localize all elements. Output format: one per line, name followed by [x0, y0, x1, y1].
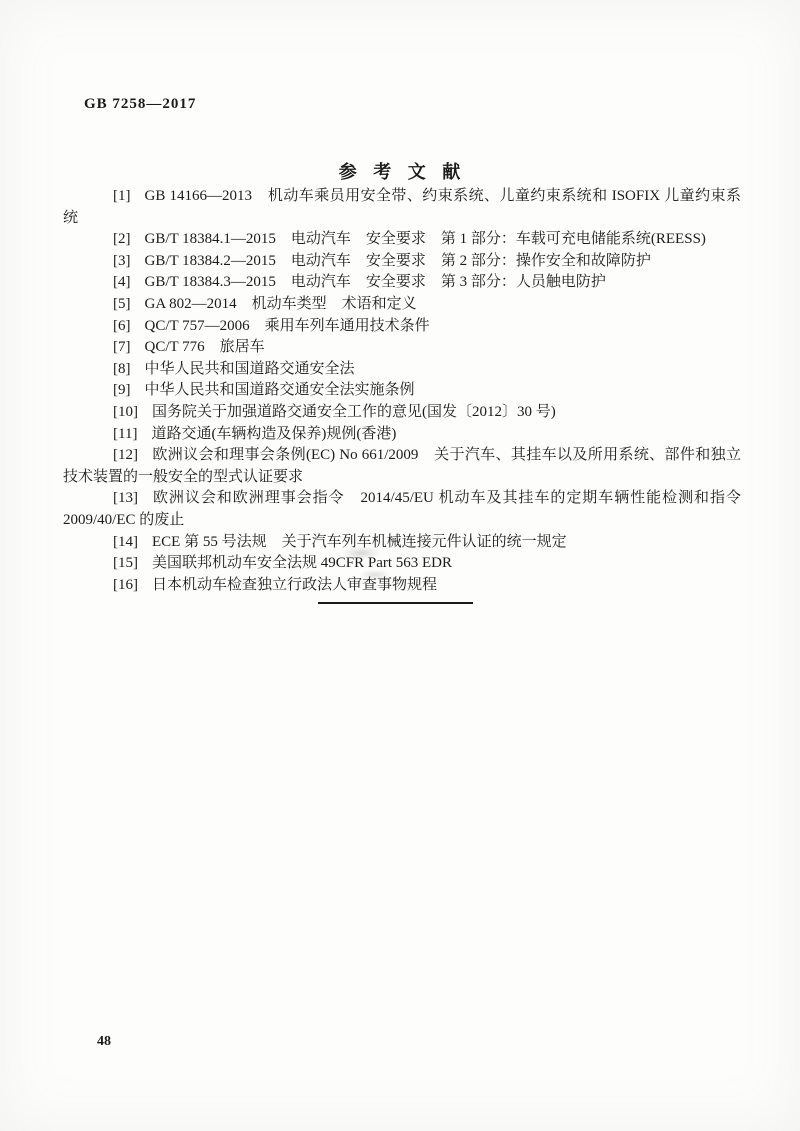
section-title: 参 考 文 献 [0, 158, 800, 184]
reference-item: [5]GA 802—2014 机动车类型 术语和定义 [63, 294, 741, 316]
reference-number: [9] [113, 382, 131, 398]
reference-number: [11] [113, 426, 137, 442]
reference-text: 中华人民共和国道路交通安全法实施条例 [131, 382, 415, 398]
standard-number: GB 7258—2017 [84, 96, 196, 113]
reference-item: [11]道路交通(车辆构造及保养)规例(香港) [63, 424, 741, 446]
reference-item: [1]GB 14166—2013 机动车乘员用安全带、约束系统、儿童约束系统和 … [63, 186, 741, 229]
page-number: 48 [97, 1034, 111, 1050]
reference-number: [4] [113, 274, 131, 290]
reference-number: [5] [113, 296, 131, 312]
reference-number: [12] [113, 447, 138, 463]
reference-number: [6] [113, 318, 131, 334]
reference-text: 日本机动车检查独立行政法人审查事物规程 [138, 577, 437, 593]
reference-text: 美国联邦机动车安全法规 49CFR Part 563 EDR [138, 555, 452, 571]
reference-text: GB/T 18384.2—2015 电动汽车 安全要求 第 2 部分：操作安全和… [131, 253, 651, 269]
reference-number: [1] [113, 188, 131, 204]
reference-number: [3] [113, 253, 131, 269]
reference-item: [10]国务院关于加强道路交通安全工作的意见(国发〔2012〕30 号) [63, 402, 741, 424]
reference-item: [12]欧洲议会和理事会条例(EC) No 661/2009 关于汽车、其挂车以… [63, 445, 741, 488]
reference-list: [1]GB 14166—2013 机动车乘员用安全带、约束系统、儿童约束系统和 … [63, 186, 741, 596]
reference-item: [15]美国联邦机动车安全法规 49CFR Part 563 EDR [63, 553, 741, 575]
reference-number: [15] [113, 555, 138, 571]
reference-text: GB 14166—2013 机动车乘员用安全带、约束系统、儿童约束系统和 ISO… [63, 188, 741, 226]
reference-item: [14]ECE 第 55 号法规 关于汽车列车机械连接元件认证的统一规定 [63, 532, 741, 554]
reference-text: 中华人民共和国道路交通安全法 [131, 361, 355, 377]
reference-item: [13]欧洲议会和欧洲理事会指令 2014/45/EU 机动车及其挂车的定期车辆… [63, 488, 741, 531]
document-page: GB 7258—2017 参 考 文 献 [1]GB 14166—2013 机动… [0, 0, 800, 1131]
reference-number: [7] [113, 339, 131, 355]
reference-item: [6]QC/T 757—2006 乘用车列车通用技术条件 [63, 316, 741, 338]
reference-item: [4]GB/T 18384.3—2015 电动汽车 安全要求 第 3 部分：人员… [63, 272, 741, 294]
reference-text: QC/T 757—2006 乘用车列车通用技术条件 [131, 318, 430, 334]
reference-number: [13] [113, 490, 138, 506]
reference-item: [7]QC/T 776 旅居车 [63, 337, 741, 359]
reference-item: [16]日本机动车检查独立行政法人审查事物规程 [63, 575, 741, 597]
reference-text: ECE 第 55 号法规 关于汽车列车机械连接元件认证的统一规定 [138, 534, 567, 550]
reference-item: [3]GB/T 18384.2—2015 电动汽车 安全要求 第 2 部分：操作… [63, 251, 741, 273]
reference-number: [16] [113, 577, 138, 593]
reference-item: [8]中华人民共和国道路交通安全法 [63, 359, 741, 381]
reference-number: [2] [113, 231, 131, 247]
reference-item: [2]GB/T 18384.1—2015 电动汽车 安全要求 第 1 部分：车载… [63, 229, 741, 251]
reference-text: 欧洲议会和欧洲理事会指令 2014/45/EU 机动车及其挂车的定期车辆性能检测… [63, 490, 741, 528]
reference-text: GA 802—2014 机动车类型 术语和定义 [131, 296, 417, 312]
reference-number: [14] [113, 534, 138, 550]
end-divider [318, 602, 473, 604]
reference-text: GB/T 18384.1—2015 电动汽车 安全要求 第 1 部分：车载可充电… [131, 231, 706, 247]
reference-text: 道路交通(车辆构造及保养)规例(香港) [137, 426, 396, 442]
reference-item: [9]中华人民共和国道路交通安全法实施条例 [63, 380, 741, 402]
reference-number: [8] [113, 361, 131, 377]
reference-text: GB/T 18384.3—2015 电动汽车 安全要求 第 3 部分：人员触电防… [131, 274, 606, 290]
reference-text: QC/T 776 旅居车 [131, 339, 265, 355]
reference-number: [10] [113, 404, 138, 420]
reference-text: 国务院关于加强道路交通安全工作的意见(国发〔2012〕30 号) [138, 404, 556, 420]
reference-text: 欧洲议会和理事会条例(EC) No 661/2009 关于汽车、其挂车以及所用系… [63, 447, 741, 485]
